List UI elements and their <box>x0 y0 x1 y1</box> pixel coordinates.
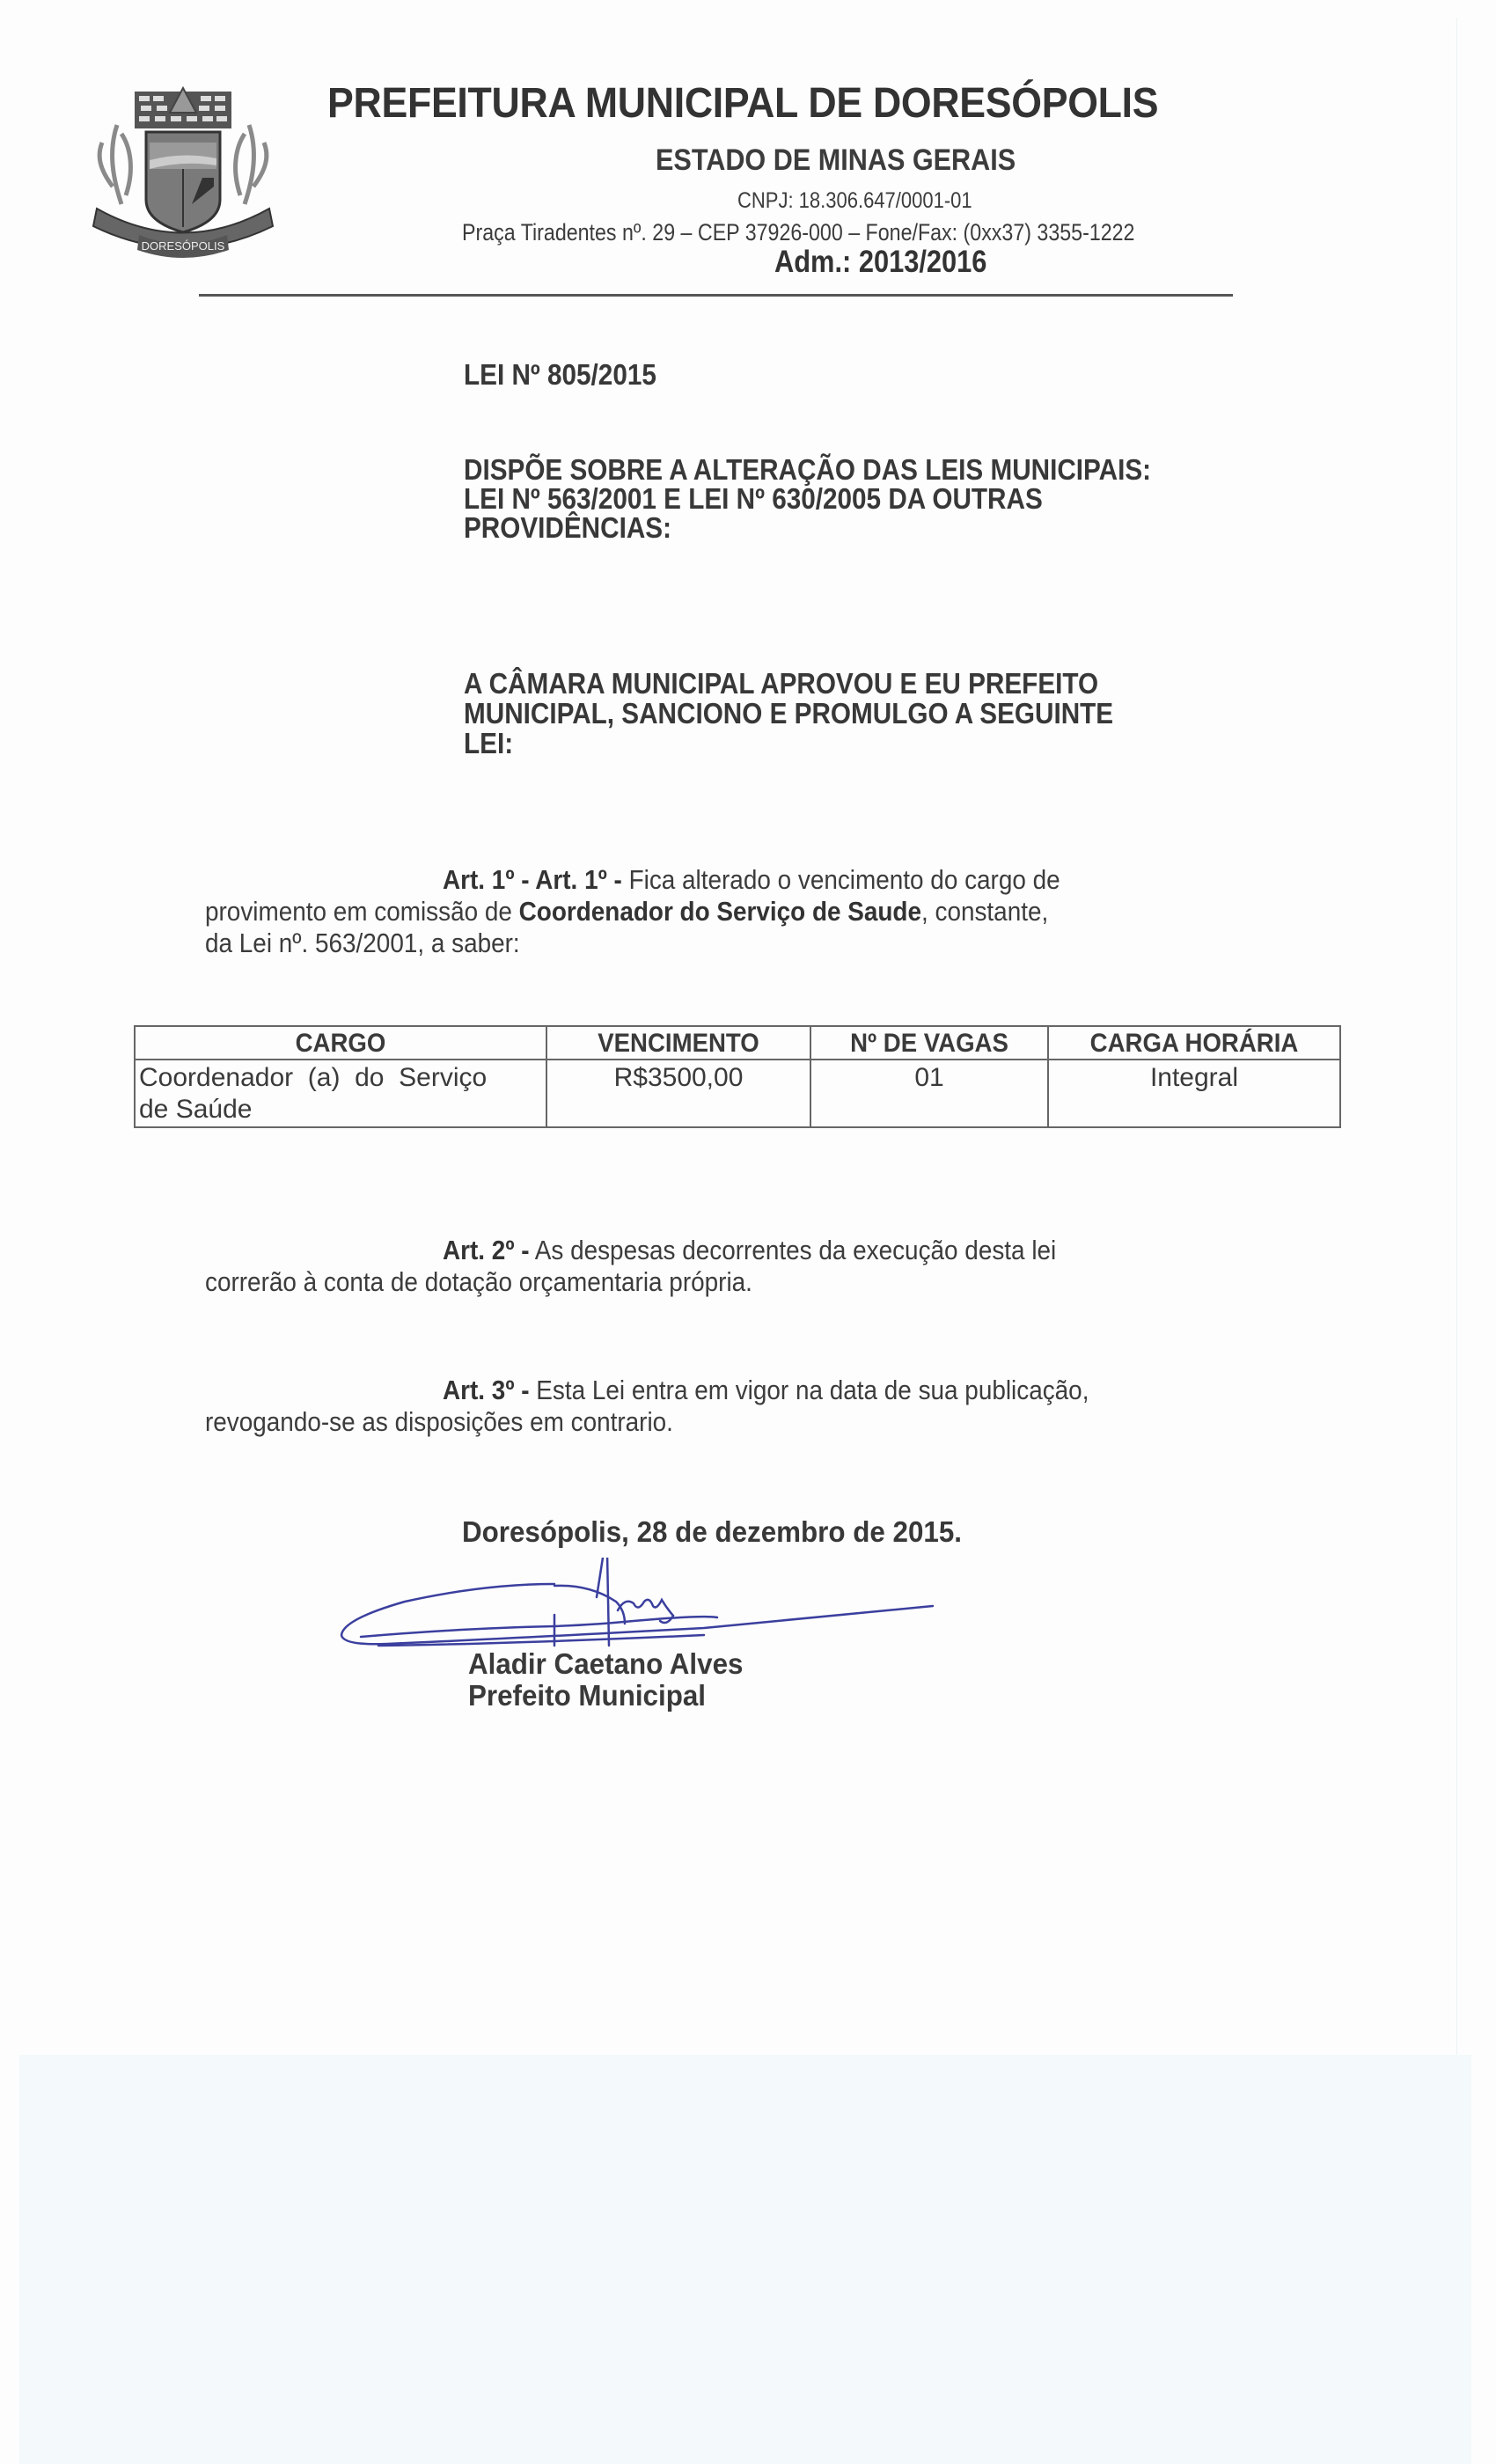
signer-name: Aladir Caetano Alves <box>468 1647 743 1681</box>
date-place: Doresópolis, 28 de dezembro de 2015. <box>462 1515 962 1549</box>
signature-icon <box>334 1558 950 1654</box>
cell-cargo: Coordenador (a) do Serviço <box>139 1062 544 1094</box>
cell-vagas: 01 <box>811 1062 1047 1094</box>
signer-role: Prefeito Municipal <box>468 1679 706 1712</box>
header-divider <box>199 294 1233 297</box>
law-subject: DISPÕE SOBRE A ALTERAÇÃO DAS LEIS MUNICI… <box>464 455 1256 542</box>
header-carga-horaria: CARGA HORÁRIA <box>1060 1029 1328 1059</box>
article-2-label: Art. 2º - <box>443 1235 530 1265</box>
article-1-label: Art. 1º - Art. 1º - <box>443 864 622 895</box>
cell-vencimento: R$3500,00 <box>547 1062 810 1094</box>
article-1-text: Fica alterado o vencimento do cargo de <box>622 864 1060 895</box>
position-name: Coordenador do Serviço de Saude <box>519 896 921 927</box>
municipality-title: PREFEITURA MUNICIPAL DE DORESÓPOLIS <box>327 79 1158 128</box>
header-vencimento: VENCIMENTO <box>558 1029 799 1059</box>
cell-carga-horaria: Integral <box>1049 1062 1339 1094</box>
article-3-text: revogando-se as disposições em contrario… <box>205 1406 1155 1438</box>
page-edge <box>1456 18 1457 2055</box>
cnpj: CNPJ: 18.306.647/0001-01 <box>737 188 972 214</box>
article-3-label: Art. 3º - <box>443 1375 530 1405</box>
state-name: ESTADO DE MINAS GERAIS <box>656 143 1016 178</box>
article-3-text: Esta Lei entra em vigor na data de sua p… <box>530 1375 1089 1405</box>
article-1-text: provimento em comissão de <box>205 896 519 927</box>
scan-background-tint <box>19 2055 1471 2464</box>
article-1-text: da Lei nº. 563/2001, a saber: <box>205 928 1155 959</box>
article-2-text: correrão à conta de dotação orçamentaria… <box>205 1266 1155 1298</box>
administration-period: Adm.: 2013/2016 <box>774 245 986 280</box>
cell-cargo: de Saúde <box>139 1094 544 1126</box>
article-2-text: As despesas decorrentes da execução dest… <box>530 1235 1057 1265</box>
table-row: Coordenador (a) do Serviço de Saúde <box>139 1062 544 1126</box>
coat-of-arms-icon: DORESÓPOLIS <box>86 81 280 261</box>
law-number: LEI Nº 805/2015 <box>464 358 656 392</box>
article-3: Art. 3º - Esta Lei entra em vigor na dat… <box>205 1375 1155 1438</box>
table-header-divider <box>136 1059 1339 1060</box>
enactment-clause: A CÂMARA MUNICIPAL APROVOU E EU PREFEITO… <box>464 669 1256 759</box>
header-cargo: CARGO <box>152 1029 530 1059</box>
position-table: CARGO VENCIMENTO Nº DE VAGAS CARGA HORÁR… <box>134 1025 1341 1128</box>
svg-text:DORESÓPOLIS: DORESÓPOLIS <box>142 239 225 253</box>
article-2: Art. 2º - As despesas decorrentes da exe… <box>205 1235 1155 1298</box>
article-1: Art. 1º - Art. 1º - Fica alterado o venc… <box>205 864 1155 959</box>
header-vagas: Nº DE VAGAS <box>821 1029 1038 1059</box>
article-1-text: , constante, <box>921 896 1048 927</box>
address: Praça Tiradentes nº. 29 – CEP 37926-000 … <box>462 219 1134 246</box>
